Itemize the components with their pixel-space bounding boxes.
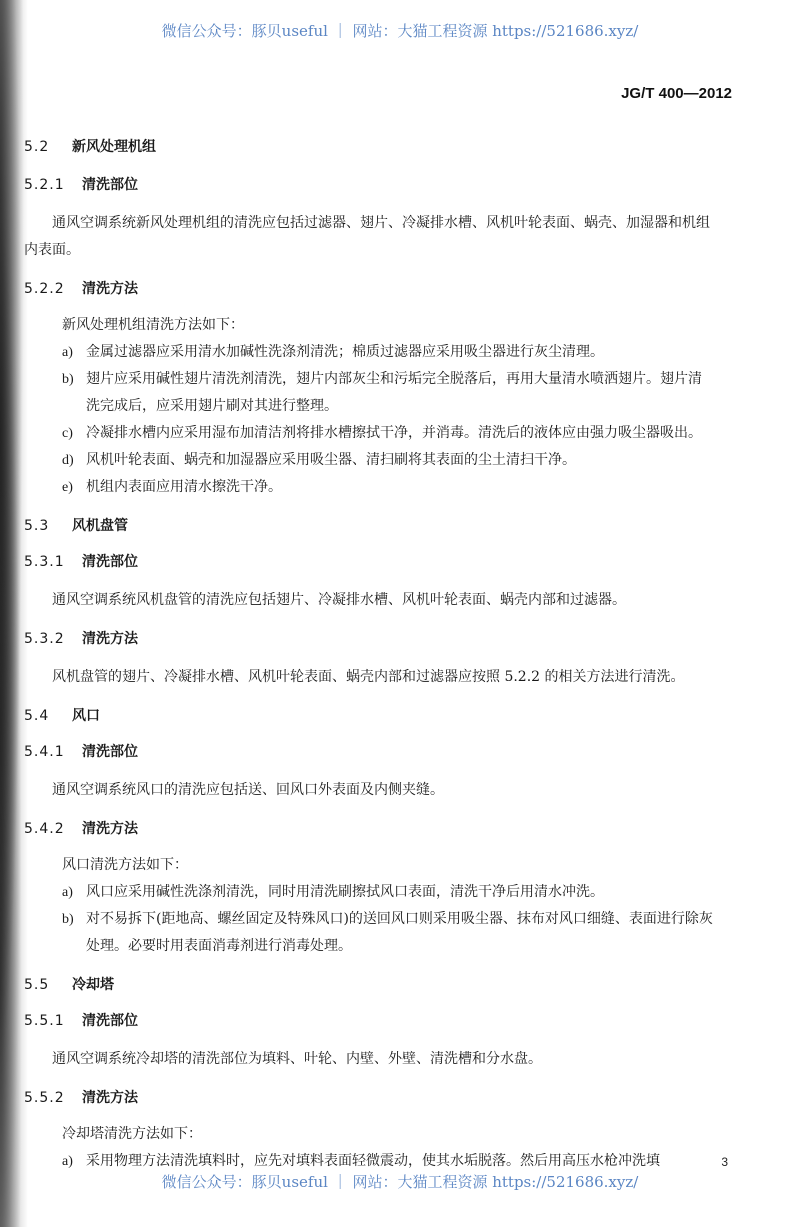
list-marker: e) — [62, 474, 86, 501]
section-number: 5.3.1 — [24, 551, 82, 573]
list-item: a)风口应采用碱性洗涤剂清洗，同时用清洗刷擦拭风口表面，清洗干净后用清水冲洗。 — [24, 879, 714, 906]
watermark-top: 微信公众号：豚贝useful ｜ 网站：大猫工程资源 https://52168… — [0, 20, 800, 41]
standard-code: JG/T 400—2012 — [621, 85, 732, 102]
subsection-heading-5-3-1: 5.3.1清洗部位 — [24, 551, 714, 573]
list-item: b)翅片应采用碱性翅片清洗剂清洗，翅片内部灰尘和污垢完全脱落后，再用大量清水喷洒… — [24, 366, 714, 420]
subsection-heading-5-3-2: 5.3.2清洗方法 — [24, 628, 714, 650]
section-number: 5.3.2 — [24, 628, 82, 650]
section-title: 清洗部位 — [82, 744, 138, 760]
section-number: 5.5.1 — [24, 1010, 82, 1032]
section-title: 清洗部位 — [82, 177, 138, 193]
list-text: 冷凝排水槽内应采用湿布加清洁剂将排水槽擦拭干净，并消毒。清洗后的液体应由强力吸尘… — [86, 420, 714, 447]
section-title: 清洗方法 — [82, 1090, 138, 1106]
section-number: 5.4.1 — [24, 741, 82, 763]
subsection-heading-5-4-1: 5.4.1清洗部位 — [24, 741, 714, 763]
section-number: 5.2.1 — [24, 174, 82, 196]
watermark-bottom: 微信公众号：豚贝useful ｜ 网站：大猫工程资源 https://52168… — [0, 1171, 800, 1192]
list-item: d)风机叶轮表面、蜗壳和加湿器应采用吸尘器、清扫刷将其表面的尘土清扫干净。 — [24, 447, 714, 474]
section-number: 5.5.2 — [24, 1087, 82, 1109]
section-heading-5-4: 5.4风口 — [24, 705, 714, 727]
section-heading-5-2: 5.2新风处理机组 — [24, 136, 714, 158]
document-body: 5.2新风处理机组 5.2.1清洗部位 通风空调系统新风处理机组的清洗应包括过滤… — [24, 136, 714, 1175]
page-number: 3 — [458, 1155, 728, 1169]
paragraph: 通风空调系统新风处理机组的清洗应包括过滤器、翅片、冷凝排水槽、风机叶轮表面、蜗壳… — [24, 210, 714, 264]
section-title: 风机盘管 — [72, 518, 128, 534]
list-item: a)金属过滤器应采用清水加碱性洗涤剂清洗；棉质过滤器应采用吸尘器进行灰尘清理。 — [24, 339, 714, 366]
section-number: 5.5 — [24, 974, 72, 996]
list-item: c)冷凝排水槽内应采用湿布加清洁剂将排水槽擦拭干净，并消毒。清洗后的液体应由强力… — [24, 420, 714, 447]
subsection-heading-5-2-1: 5.2.1清洗部位 — [24, 174, 714, 196]
list-marker: c) — [62, 420, 86, 447]
section-heading-5-5: 5.5冷却塔 — [24, 974, 714, 996]
subsection-heading-5-4-2: 5.4.2清洗方法 — [24, 818, 714, 840]
paragraph: 通风空调系统风口的清洗应包括送、回风口外表面及内侧夹缝。 — [24, 777, 714, 804]
section-title: 清洗方法 — [82, 821, 138, 837]
section-number: 5.2 — [24, 136, 72, 158]
section-number: 5.2.2 — [24, 278, 82, 300]
list-text: 对不易拆下(距地高、螺丝固定及特殊风口)的送回风口则采用吸尘器、抹布对风口细缝、… — [86, 906, 714, 960]
list-item: b)对不易拆下(距地高、螺丝固定及特殊风口)的送回风口则采用吸尘器、抹布对风口细… — [24, 906, 714, 960]
section-title: 清洗方法 — [82, 281, 138, 297]
list-item: e)机组内表面应用清水擦洗干净。 — [24, 474, 714, 501]
subsection-heading-5-5-1: 5.5.1清洗部位 — [24, 1010, 714, 1032]
list-intro: 新风处理机组清洗方法如下： — [24, 312, 714, 339]
section-title: 清洗部位 — [82, 1013, 138, 1029]
list-marker: b) — [62, 906, 86, 960]
list-text: 风机叶轮表面、蜗壳和加湿器应采用吸尘器、清扫刷将其表面的尘土清扫干净。 — [86, 447, 714, 474]
section-title: 清洗部位 — [82, 554, 138, 570]
list-text: 机组内表面应用清水擦洗干净。 — [86, 474, 714, 501]
paragraph: 通风空调系统风机盘管的清洗应包括翅片、冷凝排水槽、风机叶轮表面、蜗壳内部和过滤器… — [24, 587, 714, 614]
section-title: 风口 — [72, 708, 100, 724]
section-title: 冷却塔 — [72, 977, 114, 993]
paragraph: 风机盘管的翅片、冷凝排水槽、风机叶轮表面、蜗壳内部和过滤器应按照 5.2.2 的… — [24, 664, 714, 691]
list-marker: d) — [62, 447, 86, 474]
section-title: 清洗方法 — [82, 631, 138, 647]
subsection-heading-5-5-2: 5.5.2清洗方法 — [24, 1087, 714, 1109]
list-text: 金属过滤器应采用清水加碱性洗涤剂清洗；棉质过滤器应采用吸尘器进行灰尘清理。 — [86, 339, 714, 366]
list-marker: b) — [62, 366, 86, 420]
section-number: 5.4.2 — [24, 818, 82, 840]
paragraph: 通风空调系统冷却塔的清洗部位为填料、叶轮、内壁、外壁、清洗槽和分水盘。 — [24, 1046, 714, 1073]
subsection-heading-5-2-2: 5.2.2清洗方法 — [24, 278, 714, 300]
section-number: 5.4 — [24, 705, 72, 727]
section-heading-5-3: 5.3风机盘管 — [24, 515, 714, 537]
list-text: 风口应采用碱性洗涤剂清洗，同时用清洗刷擦拭风口表面，清洗干净后用清水冲洗。 — [86, 879, 714, 906]
list-marker: a) — [62, 339, 86, 366]
section-number: 5.3 — [24, 515, 72, 537]
list-text: 翅片应采用碱性翅片清洗剂清洗，翅片内部灰尘和污垢完全脱落后，再用大量清水喷洒翅片… — [86, 366, 714, 420]
list-marker: a) — [62, 879, 86, 906]
list-intro: 风口清洗方法如下： — [24, 852, 714, 879]
list-intro: 冷却塔清洗方法如下： — [24, 1121, 714, 1148]
section-title: 新风处理机组 — [72, 139, 156, 155]
